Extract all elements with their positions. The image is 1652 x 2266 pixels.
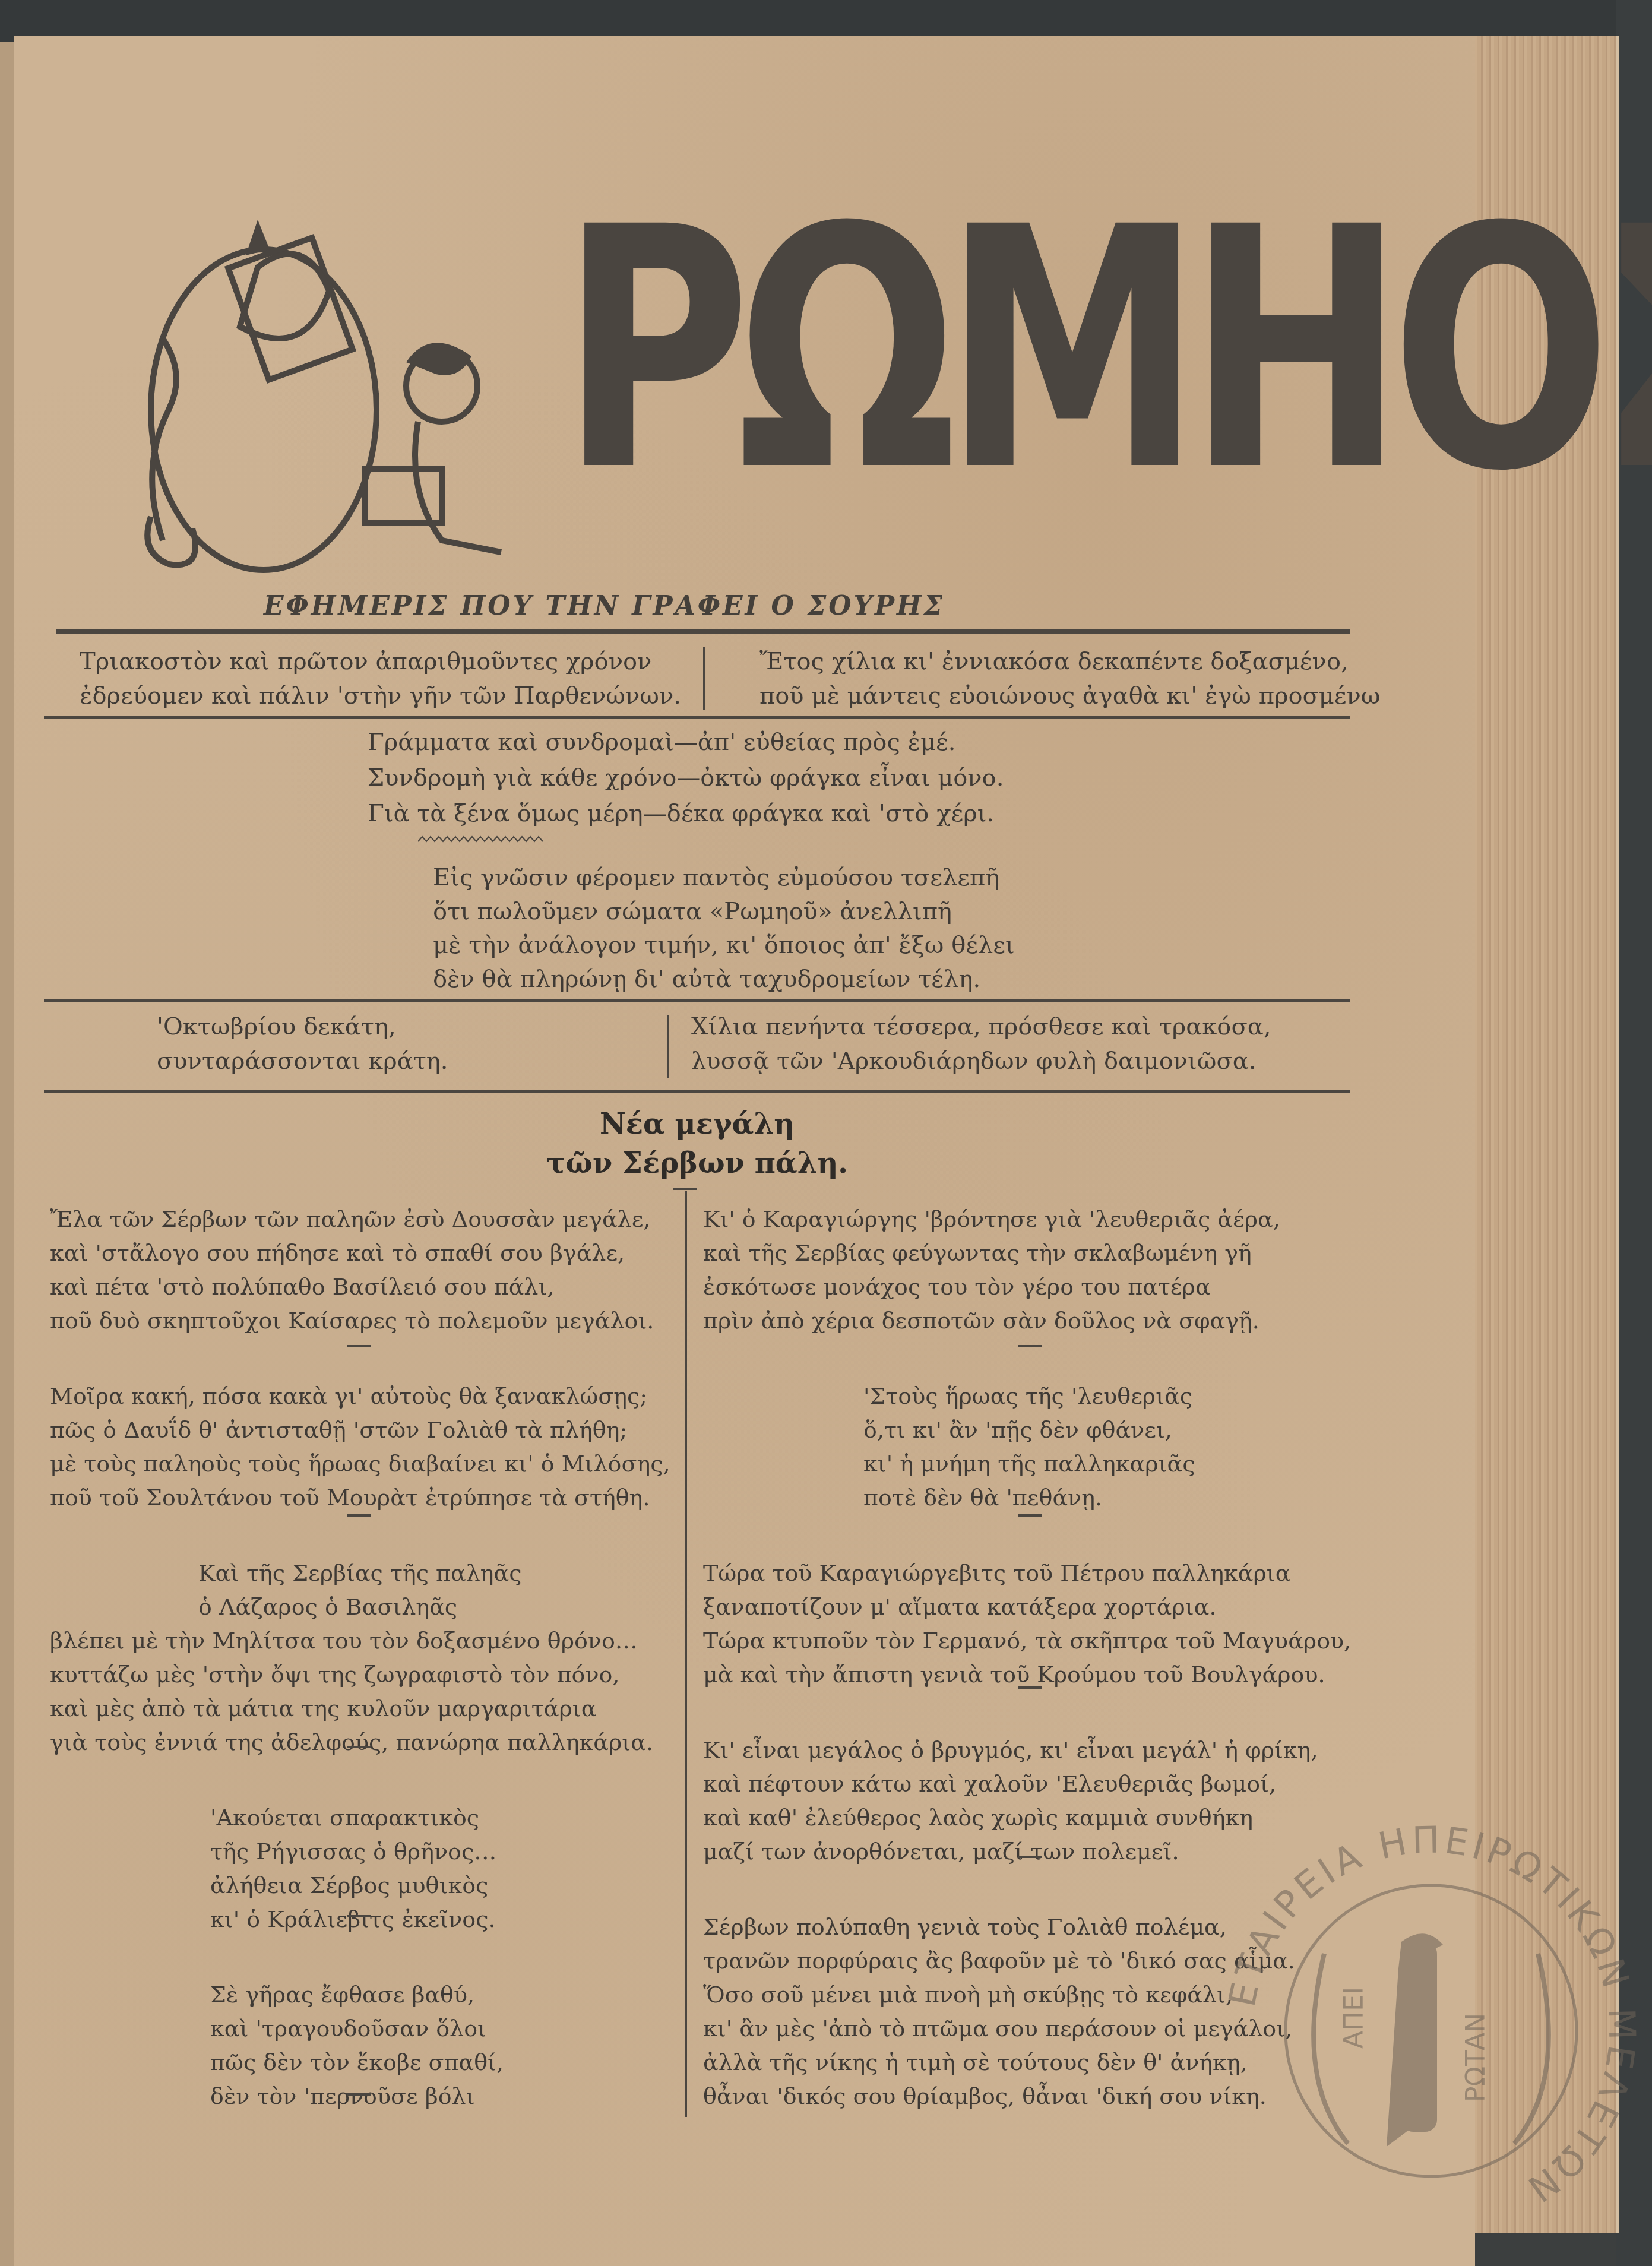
poem-line: Ἔλα τῶν Σέρβων τῶν παληῶν ἐσὺ Δουσσὰν με… — [50, 1202, 673, 1236]
article-title-line: τῶν Σέρβων πάλη. — [400, 1144, 994, 1183]
date-divider — [667, 1015, 669, 1078]
poem-line: κι' ὁ Κράλιεβιτς ἐκεῖνος. — [210, 1903, 673, 1936]
rule-date-top — [44, 999, 1350, 1002]
stanza: Κι' ὁ Καραγιώργης 'βρόντησε γιὰ 'λευθερι… — [703, 1202, 1356, 1338]
sales-notice: Εἰς γνῶσιν φέρομεν παντὸς εὐμούσου τσελε… — [433, 861, 1015, 996]
poem-line: καὶ τῆς Σερβίας φεύγωντας τὴν σκλαβωμένη… — [703, 1236, 1356, 1270]
column-divider — [685, 1191, 687, 2117]
poem-line: Κι' ὁ Καραγιώργης 'βρόντησε γιὰ 'λευθερι… — [703, 1202, 1356, 1236]
poem-line: τῆς Ρήγισσας ὁ θρῆνος… — [210, 1835, 673, 1869]
poem-line: κυττάζω μὲς 'στὴν ὄψι της ζωγραφιστὸ τὸν… — [50, 1658, 673, 1692]
stanza-dash — [347, 1514, 371, 1517]
poem-line: δὲν τὸν 'περνοῦσε βόλι — [210, 2080, 673, 2113]
poem-line: Τώρα κτυποῦν τὸν Γερμανό, τὰ σκῆπτρα τοῦ… — [703, 1624, 1356, 1658]
stanza: 'Στοὺς ἥρωας τῆς 'λευθεριᾶς ὅ,τι κι' ἂν … — [703, 1379, 1356, 1515]
header-left-line: Τριακοστὸν καὶ πρῶτον ἀπαριθμοῦντες χρόν… — [80, 644, 681, 679]
stanza-dash — [347, 1345, 371, 1347]
header-divider — [703, 647, 705, 710]
wavy-divider-icon — [418, 834, 549, 844]
stanza-dash — [347, 1915, 371, 1917]
stanza: Τώρα τοῦ Καραγιώργεβιτς τοῦ Πέτρου παλλη… — [703, 1556, 1356, 1692]
poem-line: πῶς δὲν τὸν ἔκοβε σπαθί, — [210, 2046, 673, 2080]
poem-line: ὅ,τι κι' ἂν 'πῇς δὲν φθάνει, — [863, 1413, 1356, 1447]
poem-line: πρὶν ἀπὸ χέρια δεσποτῶν σὰν δοῦλος νὰ σφ… — [703, 1304, 1356, 1338]
poem-line: πῶς ὁ Δαυΐδ θ' ἀντισταθῇ 'στῶν Γολιὰθ τὰ… — [50, 1413, 673, 1447]
subscription-info: Γράμματα καὶ συνδρομαὶ—ἀπ' εὐθείας πρὸς … — [368, 724, 1004, 831]
article-title: Νέα μεγάλη τῶν Σέρβων πάλη. — [400, 1104, 994, 1183]
poem-line: ἀλήθεια Σέρβος μυθικὸς — [210, 1869, 673, 1903]
poem-line: κι' ἡ μνήμη τῆς παλληκαριᾶς — [863, 1447, 1356, 1481]
poem-line: καὶ πέτα 'στὸ πολύπαθο Βασίλειό σου πάλι… — [50, 1270, 673, 1304]
notice-line: ὅτι πωλοῦμεν σώματα «Ρωμηοῦ» ἀνελλιπῆ — [433, 895, 1015, 929]
library-stamp-icon: ΕΤΑΙΡΕΙΑ ΗΠΕΙΡΩΤΙΚΩΝ ΜΕΛΕΤΩΝ ΑΠΕΙ ΡΩΤΑΝ — [1223, 1823, 1639, 2239]
masthead-subtitle: ΕΦΗΜΕΡΙΣ ΠΟΥ ΤΗΝ ΓΡΑΦΕΙ Ο ΣΟΥΡΗΣ — [264, 591, 1214, 621]
notice-line: Εἰς γνῶσιν φέρομεν παντὸς εὐμούσου τσελε… — [433, 861, 1015, 895]
notice-line: δὲν θὰ πληρώνῃ δι' αὐτὰ ταχυδρομείων τέλ… — [433, 963, 1015, 996]
article-title-line: Νέα μεγάλη — [400, 1104, 994, 1144]
poem-line: ὁ Λάζαρος ὁ Βασιληᾶς — [50, 1590, 673, 1624]
poem-line: καὶ μὲς ἀπὸ τὰ μάτια της κυλοῦν μαργαριτ… — [50, 1692, 673, 1726]
header-right-line: Ἔτος χίλια κι' ἐννιακόσα δεκαπέντε δοξασ… — [759, 644, 1381, 679]
poem-line: Σὲ γῆρας ἔφθασε βαθύ, — [210, 1978, 673, 2012]
poem-line: Καὶ τῆς Σερβίας τῆς παληᾶς — [50, 1556, 673, 1590]
stanza-dash — [347, 1746, 371, 1748]
title-dash — [673, 1188, 697, 1190]
stanza-dash — [347, 2093, 371, 2096]
subscription-line: Συνδρομὴ γιὰ κάθε χρόνο—ὀκτὼ φράγκα εἶνα… — [368, 760, 1004, 796]
poem-line: βλέπει μὲ τὴν Μηλίτσα του τὸν δοξασμένο … — [50, 1624, 673, 1658]
rule-date-bottom — [44, 1090, 1350, 1093]
svg-text:ΑΠΕΙ: ΑΠΕΙ — [1339, 1987, 1369, 2049]
poem-line: ξαναποτίζουν μ' αἵματα κατάξερα χορτάρια… — [703, 1590, 1356, 1624]
date-left-line: 'Οκτωβρίου δεκάτη, — [157, 1009, 448, 1044]
header-left: Τριακοστὸν καὶ πρῶτον ἀπαριθμοῦντες χρόν… — [80, 644, 681, 713]
poem-line: μὲ τοὺς παληοὺς τοὺς ἥρωας διαβαίνει κι'… — [50, 1447, 673, 1481]
header-left-line: ἐδρεύομεν καὶ πάλιν 'στὴν γῆν τῶν Παρθεν… — [80, 679, 681, 713]
poem-line: ποῦ τοῦ Σουλτάνου τοῦ Μουρὰτ ἐτρύπησε τὰ… — [50, 1481, 673, 1515]
poem-line: καὶ 'στἄλογο σου πήδησε καὶ τὸ σπαθί σου… — [50, 1236, 673, 1270]
date-right: Χίλια πενήντα τέσσερα, πρόσθεσε καὶ τρακ… — [691, 1009, 1271, 1078]
stanza: Ἔλα τῶν Σέρβων τῶν παληῶν ἐσὺ Δουσσὰν με… — [50, 1202, 673, 1338]
poem-line: ποῦ δυὸ σκηπτοῦχοι Καίσαρες τὸ πολεμοῦν … — [50, 1304, 673, 1338]
masthead-illustration-icon — [109, 208, 537, 576]
newspaper-title: ΡΩΜΗΟΣ — [561, 184, 1652, 517]
masthead: ΡΩΜΗΟΣ — [109, 172, 1356, 588]
previous-page-edge — [0, 42, 16, 2266]
header-right-line: ποῦ μὲ μάντεις εὐοιώνους ἀγαθὰ κι' ἐγὼ π… — [759, 679, 1381, 713]
subscription-line: Γράμματα καὶ συνδρομαὶ—ἀπ' εὐθείας πρὸς … — [368, 724, 1004, 760]
poem-line: Τώρα τοῦ Καραγιώργεβιτς τοῦ Πέτρου παλλη… — [703, 1556, 1356, 1590]
poem-line: Κι' εἶναι μεγάλος ὁ βρυγμός, κι' εἶναι μ… — [703, 1733, 1356, 1767]
poem-line: 'Στοὺς ἥρωας τῆς 'λευθεριᾶς — [863, 1379, 1356, 1413]
header-right: Ἔτος χίλια κι' ἐννιακόσα δεκαπέντε δοξασ… — [759, 644, 1381, 713]
stanza-dash — [1018, 1686, 1042, 1689]
stanza: Μοῖρα κακή, πόσα κακὰ γι' αὐτοὺς θὰ ξανα… — [50, 1379, 673, 1515]
stanza-dash — [1018, 1345, 1042, 1347]
date-left: 'Οκτωβρίου δεκάτη, συνταράσσονται κράτη. — [157, 1009, 448, 1078]
notice-line: μὲ τὴν ἀνάλογον τιμήν, κι' ὅποιος ἀπ' ἔξ… — [433, 929, 1015, 963]
poem-line: καὶ πέφτουν κάτω καὶ χαλοῦν 'Ελευθεριᾶς … — [703, 1767, 1356, 1801]
poem-line: Μοῖρα κακή, πόσα κακὰ γι' αὐτοὺς θὰ ξανα… — [50, 1379, 673, 1413]
stanza: Καὶ τῆς Σερβίας τῆς παληᾶς ὁ Λάζαρος ὁ Β… — [50, 1556, 673, 1759]
poem-line: ἐσκότωσε μονάχος του τὸν γέρο του πατέρα — [703, 1270, 1356, 1304]
stanza-dash — [1018, 1856, 1042, 1858]
date-right-line: Χίλια πενήντα τέσσερα, πρόσθεσε καὶ τρακ… — [691, 1009, 1271, 1044]
stanza-dash — [1018, 1514, 1042, 1517]
rule-top — [56, 629, 1350, 634]
rule-header-bottom — [44, 716, 1350, 719]
poem-line: καὶ 'τραγουδοῦσαν ὅλοι — [210, 2012, 673, 2046]
svg-text:ΡΩΤΑΝ: ΡΩΤΑΝ — [1461, 2013, 1491, 2102]
poem-line: γιὰ τοὺς ἐννιά της ἀδελφούς, πανώρηα παλ… — [50, 1726, 673, 1759]
poem-line: 'Ακούεται σπαρακτικὸς — [210, 1801, 673, 1835]
poem-line: ποτὲ δὲν θὰ 'πεθάνῃ. — [863, 1481, 1356, 1515]
date-right-line: λυσσᾷ τῶν 'Αρκουδιάρηδων φυλὴ δαιμονιῶσα… — [691, 1044, 1271, 1078]
date-left-line: συνταράσσονται κράτη. — [157, 1044, 448, 1078]
subscription-line: Γιὰ τὰ ξένα ὅμως μέρη—δέκα φράγκα καὶ 'σ… — [368, 796, 1004, 831]
